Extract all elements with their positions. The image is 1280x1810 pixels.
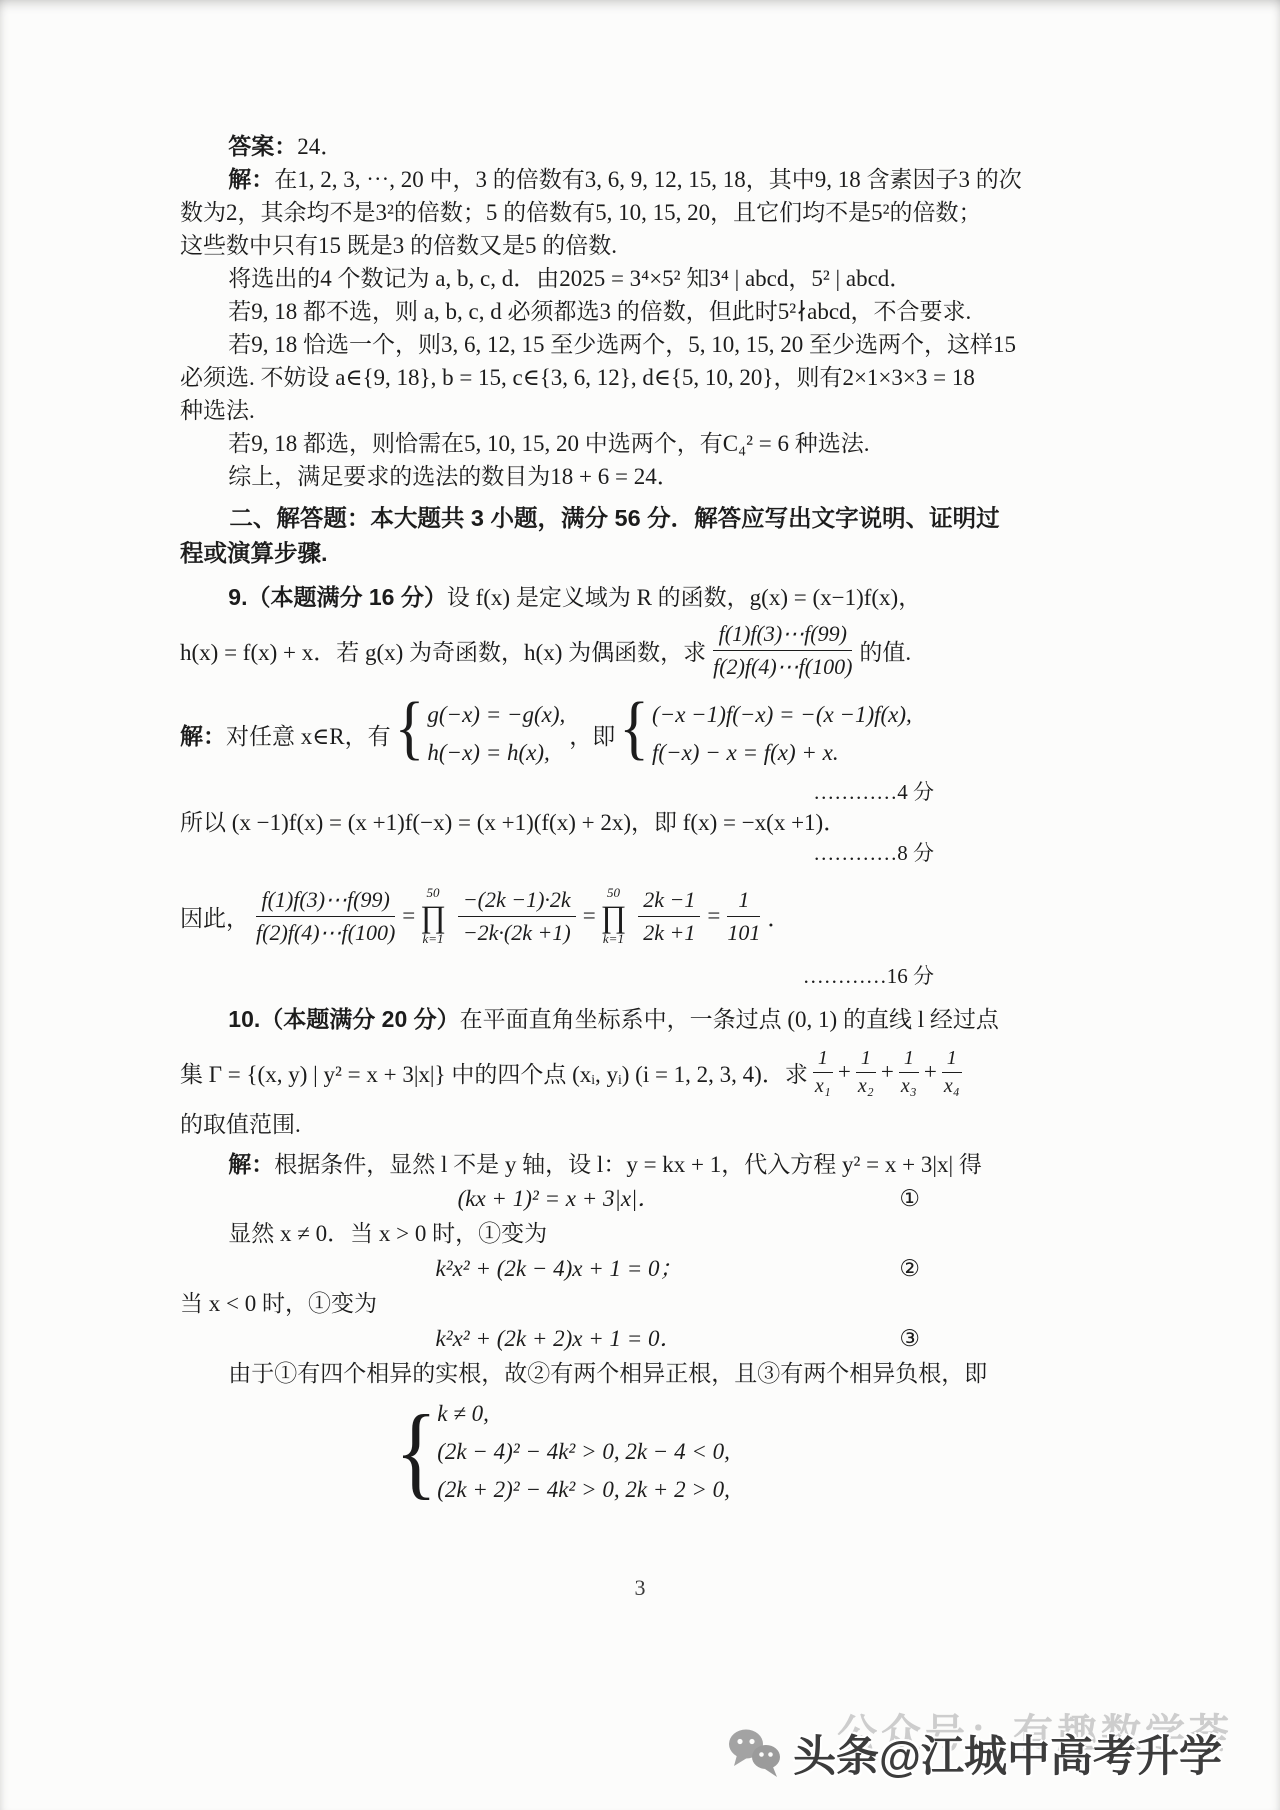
- solution-label: 解：: [180, 718, 226, 751]
- fraction: f(1)f(3)⋯f(99) f(2)f(4)⋯f(100): [256, 886, 395, 946]
- watermark: 公众号：有趣数学荟 头条@江城中高考升学: [727, 1718, 1222, 1788]
- system-inequality: (2k + 2)² − 4k² > 0, 2k + 2 > 0,: [437, 1471, 730, 1509]
- solution-label: 解：: [228, 166, 274, 192]
- equation-text: k²x² + (2k − 4)x + 1 = 0；: [435, 1256, 682, 1281]
- section-heading: 二、解答题：本大题共 3 小题，满分 56 分．解答应写出文字说明、证明过 程或…: [180, 501, 938, 571]
- fraction-numerator: 1: [856, 1047, 876, 1073]
- score-mark-8: …………8 分: [180, 841, 938, 866]
- equation-3-label: ③: [899, 1321, 920, 1357]
- plus-sign: +: [881, 1059, 894, 1085]
- problem-9-final-formula: 因此， f(1)f(3)⋯f(99) f(2)f(4)⋯f(100) = 50 …: [180, 868, 938, 964]
- system-equation: (−x −1)f(−x) = −(x −1)f(x),: [652, 696, 912, 734]
- page-number: 3: [0, 1575, 1280, 1601]
- section-heading-line: 程或演算步骤.: [180, 536, 938, 571]
- system-equation: g(−x) = −g(x),: [427, 696, 565, 734]
- fraction-denominator: f(2)f(4)⋯f(100): [256, 917, 395, 947]
- problem-9-solution-systems: 解： 对任意 x∈R，有 { g(−x) = −g(x), h(−x) = h(…: [180, 688, 938, 780]
- system-equation: h(−x) = h(x),: [427, 734, 565, 772]
- plus-sign: +: [924, 1059, 937, 1085]
- system-inequality: k ≠ 0,: [437, 1395, 730, 1433]
- fraction: 1 101: [727, 886, 760, 946]
- fraction-denominator: x₁: [813, 1073, 833, 1098]
- problem-10-solution-line: 解：根据条件，显然 l 不是 y 轴，设 l：y = kx + 1，代入方程 y…: [180, 1147, 938, 1181]
- equation-system: { (−x −1)f(−x) = −(x −1)f(x), f(−x) − x …: [619, 696, 912, 772]
- fraction: 2k −1 2k +1: [638, 886, 700, 946]
- solution-line: 将选出的4 个数记为 a, b, c, d．由2025 = 3⁴×5² 知3⁴ …: [180, 262, 938, 295]
- equals-sign: =: [707, 903, 720, 929]
- solution-line: 当 x < 0 时，①变为: [180, 1287, 938, 1321]
- answer-line: 答案：24．: [180, 130, 938, 163]
- solution-line: 综上，满足要求的选法的数目为18 + 6 = 24．: [180, 460, 938, 493]
- problem-10-text: 的取值范围.: [180, 1108, 938, 1141]
- fraction: 1 x₁: [813, 1047, 833, 1098]
- fraction: 1 x₂: [856, 1047, 876, 1098]
- product-lower-limit: k=1: [603, 932, 624, 946]
- fraction-numerator: 1: [727, 886, 760, 917]
- fraction: f(1)f(3)⋯f(99) f(2)f(4)⋯f(100): [713, 620, 852, 680]
- problem-9-text: 的值.: [859, 634, 911, 667]
- fraction-denominator: 2k +1: [638, 917, 700, 947]
- product-operator: 50 ∏ k=1: [601, 886, 627, 946]
- fraction-numerator: 1: [942, 1047, 962, 1073]
- fraction-denominator: x₄: [942, 1073, 962, 1098]
- period: ．: [767, 900, 790, 933]
- fraction-numerator: 1: [899, 1047, 919, 1073]
- problem-9-text: h(x) = f(x) + x．若 g(x) 为奇函数，h(x) 为偶函数，求: [180, 634, 706, 667]
- fraction-numerator: 1: [813, 1047, 833, 1073]
- solution-line: 这些数中只有15 既是3 的倍数又是5 的倍数.: [180, 229, 938, 262]
- formula-lead: 因此，: [180, 900, 249, 933]
- equation-text: (kx + 1)² = x + 3|x|．: [458, 1186, 661, 1211]
- fraction-denominator: f(2)f(4)⋯f(100): [713, 651, 852, 681]
- solution-label: 解：: [228, 1151, 274, 1177]
- problem-10-number: 10.（本题满分 20 分）: [228, 1006, 459, 1032]
- inequality-system: { k ≠ 0, (2k − 4)² − 4k² > 0, 2k − 4 < 0…: [395, 1395, 938, 1509]
- problem-9-number: 9.（本题满分 16 分）: [228, 584, 447, 610]
- solution-line: 必须选. 不妨设 a∈{9, 18}, b = 15, c∈{3, 6, 12}…: [180, 361, 938, 394]
- fraction-denominator: 101: [727, 917, 760, 947]
- page-content: 答案：24． 解：在1, 2, 3, ⋯, 20 中，3 的倍数有3, 6, 9…: [180, 130, 938, 1509]
- fraction-denominator: x₂: [856, 1073, 876, 1098]
- equation-2: k²x² + (2k − 4)x + 1 = 0； ②: [180, 1251, 938, 1287]
- problem-10-statement: 10.（本题满分 20 分）在平面直角坐标系中，一条过点 (0, 1) 的直线 …: [180, 1003, 938, 1036]
- equation-1-label: ①: [899, 1181, 920, 1217]
- score-mark-4: …………4 分: [180, 780, 938, 805]
- problem-10-text: 集 Γ = {(x, y) | y² = x + 3|x|} 中的四个点 (xᵢ…: [180, 1056, 808, 1089]
- solution-line: 解：在1, 2, 3, ⋯, 20 中，3 的倍数有3, 6, 9, 12, 1…: [180, 163, 938, 196]
- fraction: −(2k −1)·2k −2k·(2k +1): [458, 886, 576, 946]
- problem-9-text: 设 f(x) 是定义域为 R 的函数，g(x) = (x−1)f(x)，: [447, 585, 921, 610]
- equals-sign: =: [583, 903, 596, 929]
- scanned-document-page: 答案：24． 解：在1, 2, 3, ⋯, 20 中，3 的倍数有3, 6, 9…: [0, 0, 1280, 1810]
- solution-line: 数为2，其余均不是3²的倍数；5 的倍数有5, 10, 15, 20，且它们均不…: [180, 196, 938, 229]
- fraction-denominator: x₃: [899, 1073, 919, 1098]
- solution-text: 在1, 2, 3, ⋯, 20 中，3 的倍数有3, 6, 9, 12, 15,…: [274, 167, 1022, 192]
- solution-line: 若9, 18 都选，则恰需在5, 10, 15, 20 中选两个，有C₄² = …: [180, 427, 938, 460]
- fraction-denominator: −2k·(2k +1): [458, 917, 576, 947]
- answer-label: 答案：: [228, 133, 297, 159]
- watermark-main-text: 头条@江城中高考升学: [793, 1723, 1222, 1784]
- solution-line: 若9, 18 恰选一个，则3, 6, 12, 15 至少选两个，5, 10, 1…: [180, 328, 938, 361]
- solution-text: 根据条件，显然 l 不是 y 轴，设 l：y = kx + 1，代入方程 y² …: [274, 1152, 982, 1177]
- plus-sign: +: [838, 1059, 851, 1085]
- wechat-icon: [727, 1727, 783, 1779]
- equation-1: (kx + 1)² = x + 3|x|． ①: [180, 1181, 938, 1217]
- solution-line: 显然 x ≠ 0．当 x > 0 时，①变为: [180, 1217, 938, 1251]
- product-operator: 50 ∏ k=1: [420, 886, 446, 946]
- answer-value: 24．: [297, 134, 343, 159]
- solution-text: ，即: [569, 718, 615, 751]
- solution-line: 若9, 18 都不选，则 a, b, c, d 必须都选3 的倍数，但此时5²∤…: [180, 295, 938, 328]
- fraction: 1 x₄: [942, 1047, 962, 1098]
- system-inequality: (2k − 4)² − 4k² > 0, 2k − 4 < 0,: [437, 1433, 730, 1471]
- problem-10-text: 在平面直角坐标系中，一条过点 (0, 1) 的直线 l 经过点: [460, 1007, 999, 1032]
- score-mark-16: …………16 分: [180, 964, 938, 989]
- equation-2-label: ②: [899, 1251, 920, 1287]
- solution-line: 所以 (x −1)f(x) = (x +1)f(−x) = (x +1)(f(x…: [180, 805, 938, 841]
- fraction-numerator: f(1)f(3)⋯f(99): [713, 620, 852, 651]
- fraction-numerator: −(2k −1)·2k: [458, 886, 576, 917]
- product-symbol: ∏: [601, 901, 627, 932]
- fraction: 1 x₃: [899, 1047, 919, 1098]
- equation-system: { g(−x) = −g(x), h(−x) = h(x),: [395, 696, 566, 772]
- problem-10-statement-line2: 集 Γ = {(x, y) | y² = x + 3|x|} 中的四个点 (xᵢ…: [180, 1036, 938, 1108]
- fraction-numerator: 2k −1: [638, 886, 700, 917]
- fraction-numerator: f(1)f(3)⋯f(99): [256, 886, 395, 917]
- solution-text: 对任意 x∈R，有: [226, 718, 391, 751]
- solution-line: 由于①有四个相异的实根，故②有两个相异正根，且③有两个相异负根，即: [180, 1357, 938, 1391]
- equals-sign: =: [402, 903, 415, 929]
- product-symbol: ∏: [420, 901, 446, 932]
- section-heading-line: 二、解答题：本大题共 3 小题，满分 56 分．解答应写出文字说明、证明过: [180, 501, 938, 536]
- solution-line: 种选法.: [180, 394, 938, 427]
- product-lower-limit: k=1: [423, 932, 444, 946]
- equation-text: k²x² + (2k + 2)x + 1 = 0．: [435, 1326, 682, 1351]
- problem-9-statement: 9.（本题满分 16 分）设 f(x) 是定义域为 R 的函数，g(x) = (…: [180, 581, 938, 614]
- left-brace: {: [395, 1392, 437, 1511]
- problem-9-statement-line2: h(x) = f(x) + x．若 g(x) 为奇函数，h(x) 为偶函数，求 …: [180, 614, 938, 686]
- system-equation: f(−x) − x = f(x) + x.: [652, 734, 912, 772]
- equation-3: k²x² + (2k + 2)x + 1 = 0． ③: [180, 1321, 938, 1357]
